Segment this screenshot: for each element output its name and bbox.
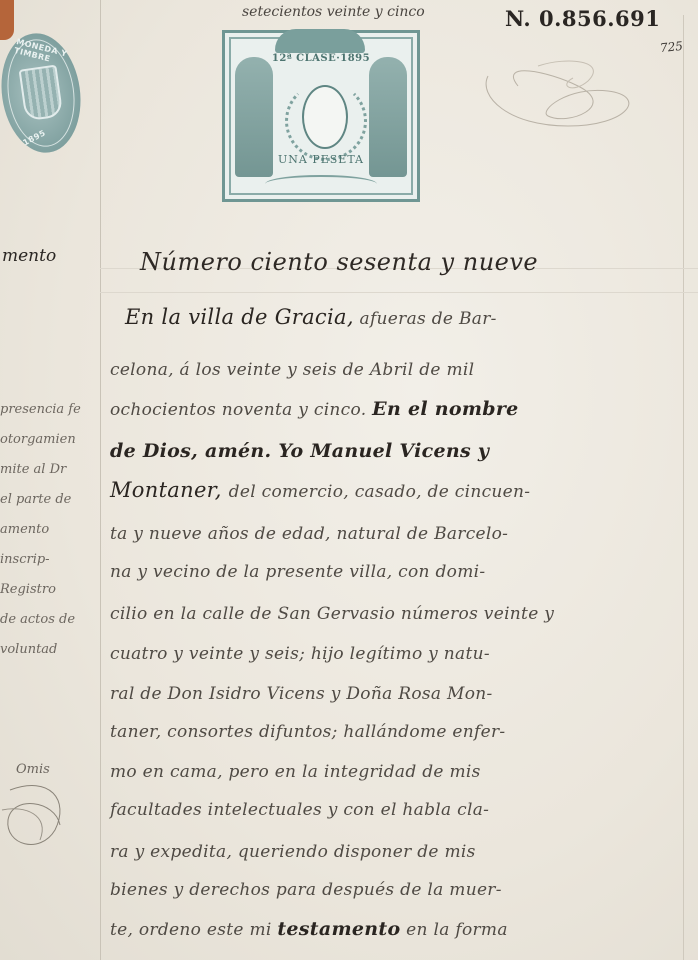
text-line: ta y nueve años de edad, natural de Barc… xyxy=(110,524,508,544)
margin-note: de actos de xyxy=(0,612,75,627)
text-line: ochocientos noventa y cinco. En el nombr… xyxy=(110,398,519,420)
text-line-emphasis: Montaner, xyxy=(110,478,229,502)
stamp-value-text: UNA PESETA xyxy=(225,153,417,166)
testament-keyword: testamento xyxy=(277,918,400,940)
text-line-rest: cilio en la calle de San Gervasio número… xyxy=(110,604,554,624)
text-line-rest: celona, á los veinte y seis de Abril de … xyxy=(110,360,474,380)
text-line: de Dios, amén. Yo Manuel Vicens y xyxy=(110,440,489,462)
text-line: celona, á los veinte y seis de Abril de … xyxy=(110,360,474,380)
text-line-rest: ra y expedita, queriendo disponer de mis xyxy=(110,842,476,862)
text-line-rest: facultades intelectuales y con el habla … xyxy=(110,800,489,820)
text-line-rest: mo en cama, pero en la integridad de mis xyxy=(110,762,481,782)
text-line: bienes y derechos para después de la mue… xyxy=(110,880,502,900)
margin-note: presencia fe xyxy=(0,402,81,417)
text-line-emphasis: de Dios, xyxy=(110,440,205,462)
text-line: facultades intelectuales y con el habla … xyxy=(110,800,489,820)
guide-line xyxy=(100,292,698,293)
text-line: na y vecino de la presente villa, con do… xyxy=(110,562,485,582)
right-margin-rule xyxy=(683,15,684,960)
text-line-emphasis: En la villa de Gracia, xyxy=(125,305,354,329)
folio-number: 725 xyxy=(659,39,683,55)
text-line-rest: cuatro y veinte y seis; hijo legítimo y … xyxy=(110,644,490,664)
text-line-rest: na y vecino de la presente villa, con do… xyxy=(110,562,485,582)
margin-heading: mento xyxy=(2,246,56,266)
text-line: ra y expedita, queriendo disponer de mis xyxy=(110,842,476,862)
text-line-rest: afueras de Bar- xyxy=(354,309,497,329)
margin-note: otorgamien xyxy=(0,432,76,447)
margin-note: amento xyxy=(0,522,49,537)
margin-rule xyxy=(100,0,101,960)
pencil-flourish-icon xyxy=(478,56,658,136)
text-line: Montaner, del comercio, casado, de cincu… xyxy=(110,478,530,502)
text-line-rest: te, ordeno este mi xyxy=(110,920,277,940)
text-line-emphasis: En el nombre xyxy=(372,398,518,420)
margin-note: el parte de xyxy=(0,492,71,507)
text-line: taner, consortes difuntos; hallándome en… xyxy=(110,722,505,742)
serial-number: N. 0.856.691 xyxy=(505,6,660,31)
top-handwritten-note: setecientos veinte y cinco xyxy=(242,4,425,20)
document-page: MONEDA Y TIMBRE 1895 setecientos veinte … xyxy=(0,0,698,960)
deed-number-heading: Número ciento sesenta y nueve xyxy=(140,248,538,276)
text-line-rest: ta y nueve años de edad, natural de Barc… xyxy=(110,524,508,544)
text-line: ral de Don Isidro Vicens y Doña Rosa Mon… xyxy=(110,684,493,704)
dry-seal-emblem: MONEDA Y TIMBRE 1895 xyxy=(0,28,88,158)
text-line-suffix: en la forma xyxy=(400,920,507,940)
stamp-class-text: 12ª CLASE·1895 xyxy=(225,53,417,64)
revenue-stamp: 12ª CLASE·1895 UNA PESETA xyxy=(222,30,420,202)
stamp-base-ornament xyxy=(265,175,377,193)
text-line: En la villa de Gracia, afueras de Bar- xyxy=(125,305,497,329)
text-line-rest: bienes y derechos para después de la mue… xyxy=(110,880,502,900)
margin-note: mite al Dr xyxy=(0,462,66,477)
text-line: te, ordeno este mi testamento en la form… xyxy=(110,918,508,940)
stamp-oval-frame xyxy=(302,85,348,149)
signature-flourish-icon xyxy=(0,770,70,860)
page-corner-tab xyxy=(0,0,14,40)
text-line-rest: amén. Yo Manuel Vicens y xyxy=(205,440,489,462)
stamp-crown-ornament xyxy=(275,29,365,53)
text-line: mo en cama, pero en la integridad de mis xyxy=(110,762,481,782)
text-line-rest: taner, consortes difuntos; hallándome en… xyxy=(110,722,505,742)
margin-note: Registro xyxy=(0,582,56,597)
text-line: cuatro y veinte y seis; hijo legítimo y … xyxy=(110,644,490,664)
margin-note: voluntad xyxy=(0,642,57,657)
text-line-rest: del comercio, casado, de cincuen- xyxy=(229,482,531,502)
text-line-prefix: ochocientos noventa y cinco. xyxy=(110,400,372,420)
margin-note: inscrip- xyxy=(0,552,50,567)
text-line-rest: ral de Don Isidro Vicens y Doña Rosa Mon… xyxy=(110,684,493,704)
text-line: cilio en la calle de San Gervasio número… xyxy=(110,604,554,624)
